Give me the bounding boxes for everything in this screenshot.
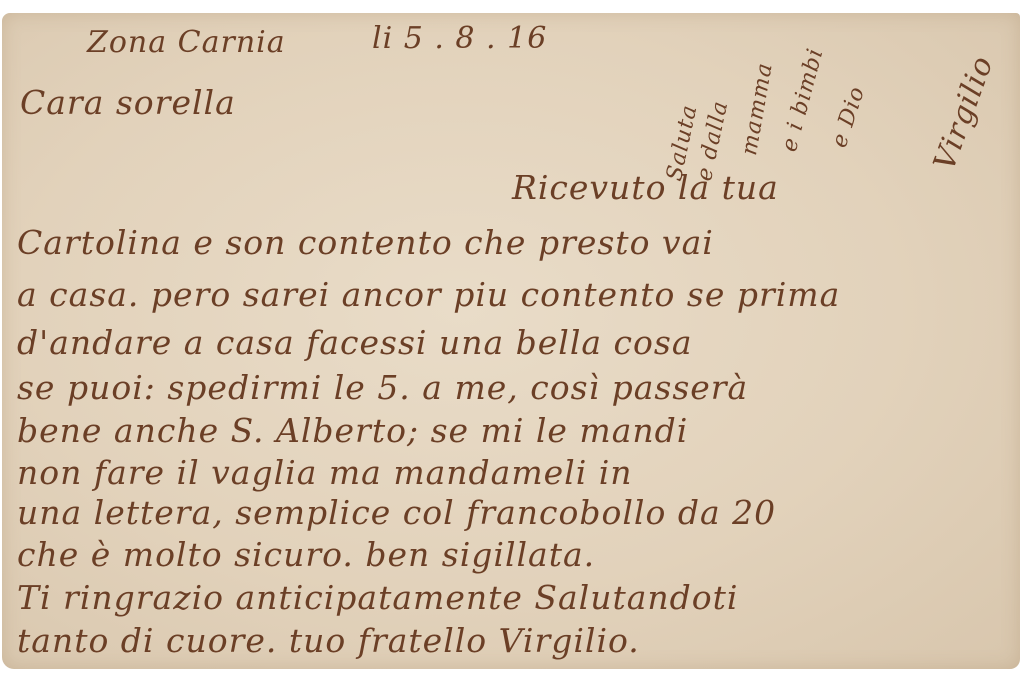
margin-note: mamma [737,61,778,158]
margin-note: e i bimbi [777,45,829,154]
body-line: bene anche S. Alberto; se mi le mandi [17,411,688,450]
header-date: li 5 . 8 . 16 [372,21,547,56]
margin-note: e Dio [827,83,870,151]
body-line: a casa. pero sarei ancor piu contento se… [17,275,840,314]
body-line: una lettera, semplice col francobollo da… [17,493,776,532]
postcard: Zona Carnia li 5 . 8 . 16 Cara sorella R… [2,13,1020,669]
body-line: che è molto sicuro. ben sigillata. [17,535,595,574]
body-line: Cartolina e son contento che presto vai [17,223,714,262]
salutation: Cara sorella [20,83,236,122]
body-line: d'andare a casa facessi una bella cosa [17,323,693,362]
body-line: se puoi: spedirmi le 5. a me, così passe… [17,368,748,407]
body-line: tanto di cuore. tuo fratello Virgilio. [17,621,640,660]
header-place: Zona Carnia [87,25,286,60]
body-line: non fare il vaglia ma mandameli in [17,453,633,492]
body-line: Ti ringrazio anticipatamente Salutandoti [17,578,738,617]
margin-signature: Virgilio [927,51,1001,175]
body-line: Ricevuto la tua [512,168,779,207]
